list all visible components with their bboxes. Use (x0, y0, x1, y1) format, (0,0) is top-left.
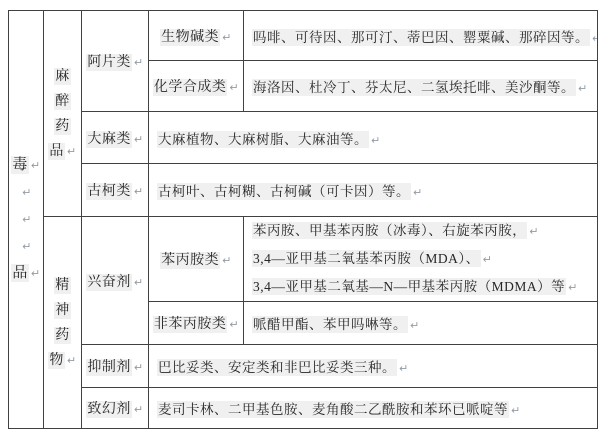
return-mark: ↵ (134, 56, 144, 69)
return-mark: ↵ (371, 134, 381, 147)
return-mark: ↵ (399, 362, 409, 375)
category-cannabis-label: 大麻类 (86, 131, 132, 148)
return-mark: ↵ (229, 318, 239, 331)
root-char: 品 (11, 264, 29, 282)
cell-category-opioid: 阿片类↵ (82, 11, 149, 112)
detail-non-amphetamine-text: 哌醋甲酯、苯甲吗啉等。 (252, 316, 408, 333)
psychotropic-char: 神 (54, 302, 71, 319)
cell-root-drug: 毒↵ ↵ ↵ ↵ 品↵ (9, 11, 44, 429)
detail-amphetamine-line: 3,4—亚甲基二氧基苯丙胺（MDA）、↵ (252, 245, 597, 273)
detail-hallucinogen-text: 麦司卡林、二甲基色胺、麦角酸二乙酰胺和苯环已哌啶等 (157, 401, 509, 418)
return-mark: ↵ (134, 276, 144, 289)
subcategory-alkaloid-label: 生物碱类 (160, 29, 220, 46)
detail-depressant-text: 巴比妥类、安定类和非巴比妥类三种。 (157, 359, 397, 376)
detail-alkaloid-text: 吗啡、可待因、那可汀、蒂巴因、罂粟碱、那碎因等。 (252, 29, 590, 46)
return-mark: ↵ (134, 403, 144, 416)
cell-detail-cannabis: 大麻植物、大麻树脂、大麻油等。↵ (149, 112, 598, 164)
return-mark: ↵ (578, 82, 588, 95)
return-mark: ↵ (529, 225, 539, 238)
cell-detail-alkaloid: 吗啡、可待因、那可汀、蒂巴因、罂粟碱、那碎因等。↵ (244, 11, 598, 61)
return-mark: ↵ (22, 240, 32, 253)
return-mark: ↵ (568, 281, 578, 294)
narcotic-char: 醉 (54, 93, 71, 110)
root-char: 毒 (11, 156, 29, 174)
return-mark: ↵ (134, 185, 144, 198)
detail-coca-text: 古柯叶、古柯糊、古柯碱（可卡因）等。 (157, 183, 411, 200)
root-drug-vertical-label: 毒↵ ↵ ↵ ↵ 品↵ (9, 152, 43, 287)
return-mark: ↵ (134, 361, 144, 374)
narcotic-char: 药 (54, 118, 71, 135)
cell-category-hallucinogen: 致幻剂↵ (82, 388, 149, 429)
return-mark: ↵ (592, 32, 598, 45)
cell-subcategory-alkaloid: 生物碱类↵ (149, 11, 244, 61)
detail-cannabis-text: 大麻植物、大麻树脂、大麻油等。 (157, 131, 369, 148)
psychotropic-char: 精 (54, 277, 71, 294)
cell-group-psychotropic: 精 神 药 物↵ (44, 217, 82, 429)
subcategory-amphetamine-label: 苯丙胺类 (160, 252, 220, 269)
return-mark: ↵ (222, 254, 232, 267)
cell-detail-synthetic: 海洛因、杜冷丁、芬太尼、二氢埃托啡、美沙酮等。↵ (244, 61, 598, 112)
detail-synthetic-text: 海洛因、杜冷丁、芬太尼、二氢埃托啡、美沙酮等。 (252, 79, 576, 96)
psychotropic-vertical-label: 精 神 药 物↵ (44, 273, 81, 373)
cell-category-coca: 古柯类↵ (82, 164, 149, 217)
category-stimulant-label: 兴奋剂 (86, 274, 132, 291)
return-mark: ↵ (67, 354, 77, 367)
document-page: 毒↵ ↵ ↵ ↵ 品↵ 麻 醉 药 品↵ 阿片类↵ (0, 0, 606, 435)
psychotropic-char: 物 (48, 352, 65, 369)
return-mark: ↵ (483, 253, 493, 266)
return-mark: ↵ (134, 133, 144, 146)
cell-subcategory-synthetic: 化学合成类↵ (149, 61, 244, 112)
narcotic-char: 麻 (54, 68, 71, 85)
cell-detail-non-amphetamine: 哌醋甲酯、苯甲吗啉等。↵ (244, 302, 598, 345)
return-mark: ↵ (22, 213, 32, 226)
cell-group-narcotic: 麻 醉 药 品↵ (44, 11, 82, 217)
category-coca-label: 古柯类 (86, 183, 132, 200)
return-mark: ↵ (410, 319, 420, 332)
subcategory-synthetic-label: 化学合成类 (153, 79, 228, 96)
psychotropic-char: 药 (54, 327, 71, 344)
cell-detail-depressant: 巴比妥类、安定类和非巴比妥类三种。↵ (149, 345, 598, 388)
detail-amphetamine-text: 3,4—亚甲基二氧基—N—甲基苯丙胺（MDMA）等 (252, 278, 566, 295)
category-hallucinogen-label: 致幻剂 (86, 401, 132, 418)
detail-amphetamine-line: 苯丙胺、甲基苯丙胺（冰毒）、右旋苯丙胺，↵ (252, 217, 597, 245)
narcotic-vertical-label: 麻 醉 药 品↵ (44, 64, 81, 164)
cell-category-stimulant: 兴奋剂↵ (82, 217, 149, 345)
detail-amphetamine-text: 3,4—亚甲基二氧基苯丙胺（MDA）、 (252, 250, 481, 267)
return-mark: ↵ (413, 186, 423, 199)
cell-subcategory-non-amphetamine: 非苯丙胺类↵ (149, 302, 244, 345)
cell-category-cannabis: 大麻类↵ (82, 112, 149, 164)
subcategory-non-amphetamine-label: 非苯丙胺类 (153, 316, 228, 333)
cell-detail-amphetamine: 苯丙胺、甲基苯丙胺（冰毒）、右旋苯丙胺，↵ 3,4—亚甲基二氧基苯丙胺（MDA）… (244, 217, 598, 302)
drug-classification-table: 毒↵ ↵ ↵ ↵ 品↵ 麻 醉 药 品↵ 阿片类↵ (8, 10, 598, 429)
detail-amphetamine-line: 3,4—亚甲基二氧基—N—甲基苯丙胺（MDMA）等↵ (252, 273, 597, 301)
cell-detail-coca: 古柯叶、古柯糊、古柯碱（可卡因）等。↵ (149, 164, 598, 217)
return-mark: ↵ (31, 159, 41, 172)
cell-category-depressant: 抑制剂↵ (82, 345, 149, 388)
cell-detail-hallucinogen: 麦司卡林、二甲基色胺、麦角酸二乙酰胺和苯环已哌啶等↵ (149, 388, 598, 429)
category-depressant-label: 抑制剂 (86, 359, 132, 376)
detail-amphetamine-text: 苯丙胺、甲基苯丙胺（冰毒）、右旋苯丙胺， (252, 222, 527, 239)
narcotic-char: 品 (48, 143, 65, 160)
return-mark: ↵ (511, 404, 521, 417)
return-mark: ↵ (67, 145, 77, 158)
return-mark: ↵ (22, 186, 32, 199)
category-opioid-label: 阿片类 (86, 54, 132, 71)
cell-subcategory-amphetamine: 苯丙胺类↵ (149, 217, 244, 302)
return-mark: ↵ (229, 81, 239, 94)
return-mark: ↵ (31, 267, 41, 280)
return-mark: ↵ (222, 31, 232, 44)
